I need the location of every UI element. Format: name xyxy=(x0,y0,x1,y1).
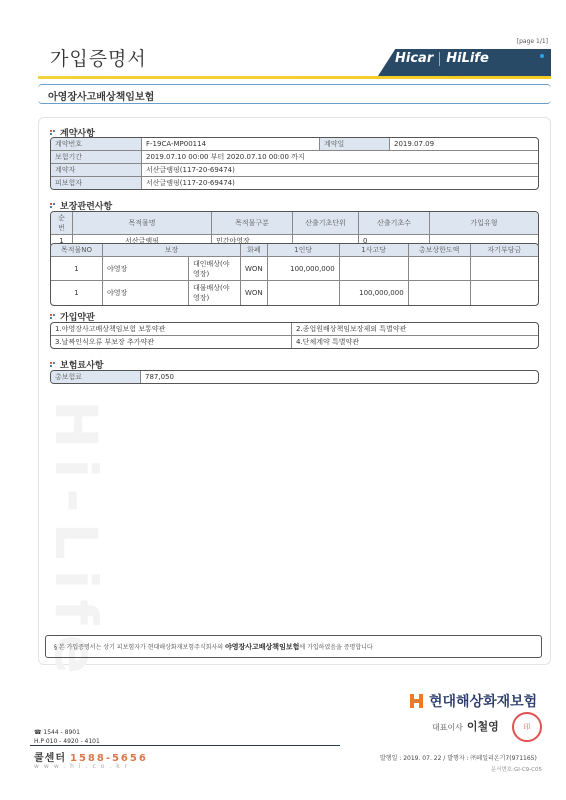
term-item: 4.단체계약 특별약관 xyxy=(292,336,538,348)
contractor-value: 서산글램핑(117-20-69474) xyxy=(142,164,538,177)
table-row: 3.날짜인식오류 부보장 추가약관 4.단체계약 특별약관 xyxy=(51,336,538,348)
column-header: 총보상한도액 xyxy=(409,244,471,257)
hyundai-h-icon xyxy=(410,694,423,708)
column-header: 순번 xyxy=(51,212,73,235)
column-header: 보장 xyxy=(103,244,241,257)
cell: 대물배상(야영장) xyxy=(189,281,241,305)
cell: 100,000,000 xyxy=(268,257,340,281)
cell: 야영장 xyxy=(103,281,189,305)
column-header: 1인당 xyxy=(268,244,340,257)
ceo-title: 대표이사 xyxy=(432,723,463,732)
term-item: 2.종업원배상책임보장제외 특별약관 xyxy=(292,323,538,336)
column-header: 목적물NO xyxy=(51,244,103,257)
contact-divider xyxy=(30,745,340,746)
notice-prefix: 본 가입증명서는 상기 피보험자가 현대해상화재보험주식회사의 xyxy=(59,644,223,651)
cell: 1 xyxy=(51,281,103,305)
contract-no-value: F-19CA-MP00114 xyxy=(142,138,320,151)
column-header: 목적물명 xyxy=(73,212,212,235)
coverage-detail-table: 목적물NO 보장 화폐 1인당 1사고당 총보상한도액 자기부담금 1 야영장 … xyxy=(50,243,539,306)
label-contractor: 계약자 xyxy=(51,164,142,177)
premium-table: 총보험료 787,050 xyxy=(50,370,539,384)
term-item: 1.야영장사고배상책임보험 보통약관 xyxy=(51,323,292,336)
table-header-row: 순번 목적물명 목적물구분 산출기초단위 산출기초수 가입유형 xyxy=(51,212,538,235)
column-header: 산출기초단위 xyxy=(293,212,359,235)
table-row: 총보험료 787,050 xyxy=(51,371,538,383)
table-row: 1 야영장 대인배상(야영장) WON 100,000,000 xyxy=(51,257,538,281)
label-contract-no: 계약번호 xyxy=(51,138,142,151)
product-name: 아영장사고배상책임보험 xyxy=(38,84,551,104)
table-row: 보험기간 2019.07.10 00:00 부터 2020.07.10 00:0… xyxy=(51,151,538,164)
label-insured: 피보험자 xyxy=(51,177,142,189)
label-contract-date: 계약일 xyxy=(320,138,390,151)
company-seal-icon: 印 xyxy=(512,712,542,742)
table-header-row: 목적물NO 보장 화폐 1인당 1사고당 총보상한도액 자기부담금 xyxy=(51,244,538,257)
column-header: 가입유형 xyxy=(430,212,538,235)
bullet-icon xyxy=(50,130,56,135)
page-indicator: [page 1/1] xyxy=(517,38,548,45)
phone-number: ☎ 1544 - 8901 xyxy=(34,728,100,737)
brand-dot-icon xyxy=(540,54,544,58)
cell: 야영장 xyxy=(103,257,189,281)
cell xyxy=(409,257,471,281)
bullet-icon xyxy=(50,203,56,208)
table-row: 1.야영장사고배상책임보험 보통약관 2.종업원배상책임보장제외 특별약관 xyxy=(51,323,538,336)
certification-notice: § 본 가입증명서는 상기 피보험자가 현대해상화재보험주식회사의 야영장사고배… xyxy=(45,635,542,658)
issue-info: 발행일 : 2019. 07. 22 / 발행자 : ㈜페일리온기7(97116… xyxy=(380,753,537,762)
cell xyxy=(409,281,471,305)
column-header: 1사고당 xyxy=(340,244,409,257)
column-header: 산출기초수 xyxy=(359,212,430,235)
cell: WON xyxy=(241,257,268,281)
section-symbol-icon: § xyxy=(54,644,57,651)
ceo-signature: 대표이사이철영 xyxy=(432,718,499,734)
content-frame xyxy=(38,117,551,665)
company-logo: 현대해상화재보험 xyxy=(410,691,537,711)
cell xyxy=(471,257,538,281)
brand-separator xyxy=(439,52,440,66)
column-header: 화폐 xyxy=(241,244,268,257)
column-header: 목적물구분 xyxy=(212,212,293,235)
brand-hicar: Hicar xyxy=(395,51,433,66)
cell: 100,000,000 xyxy=(340,281,409,305)
period-value: 2019.07.10 00:00 부터 2020.07.10 00:00 까지 xyxy=(142,151,538,164)
insured-value: 서산글램핑(117-20-69474) xyxy=(142,177,538,189)
cell xyxy=(268,281,340,305)
contract-table: 계약번호 F-19CA-MP00114 계약일 2019.07.09 보험기간 … xyxy=(50,137,539,190)
total-premium-value: 787,050 xyxy=(141,371,538,383)
contact-info: ☎ 1544 - 8901 H.P 010 - 4920 - 4101 xyxy=(34,728,100,746)
page-title: 가입증명서 xyxy=(50,44,147,71)
cell: WON xyxy=(241,281,268,305)
column-header: 자기부담금 xyxy=(471,244,538,257)
ceo-name: 이철영 xyxy=(467,720,499,733)
brand-logo: Hicar HiLife xyxy=(395,51,551,66)
website-link[interactable]: www.hi.co.kr xyxy=(34,763,132,770)
table-row: 계약자 서산글램핑(117-20-69474) xyxy=(51,164,538,177)
label-total-premium: 총보험료 xyxy=(51,371,141,383)
notice-product: 야영장사고배상책임보험 xyxy=(225,643,299,651)
term-item: 3.날짜인식오류 부보장 추가약관 xyxy=(51,336,292,348)
table-row: 1 야영장 대물배상(야영장) WON 100,000,000 xyxy=(51,281,538,305)
callcenter: 콜센터1588-5656 xyxy=(34,749,148,764)
brand-hilife: HiLife xyxy=(446,51,489,66)
contract-date-value: 2019.07.09 xyxy=(390,138,538,151)
notice-suffix: 에 가입하였음을 증명합니다 xyxy=(299,644,372,651)
label-period: 보험기간 xyxy=(51,151,142,164)
cell xyxy=(340,257,409,281)
bullet-icon xyxy=(50,362,56,367)
title-underline xyxy=(38,76,551,79)
table-row: 계약번호 F-19CA-MP00114 계약일 2019.07.09 xyxy=(51,138,538,151)
bullet-icon xyxy=(50,314,56,319)
terms-table: 1.야영장사고배상책임보험 보통약관 2.종업원배상책임보장제외 특별약관 3.… xyxy=(50,322,539,349)
company-name: 현대해상화재보험 xyxy=(429,691,537,711)
cell: 1 xyxy=(51,257,103,281)
cell xyxy=(471,281,538,305)
table-row: 피보험자 서산글램핑(117-20-69474) xyxy=(51,177,538,189)
document-number: 문서번호:GI-C9-C05 xyxy=(491,765,542,773)
cell: 대인배상(야영장) xyxy=(189,257,241,281)
